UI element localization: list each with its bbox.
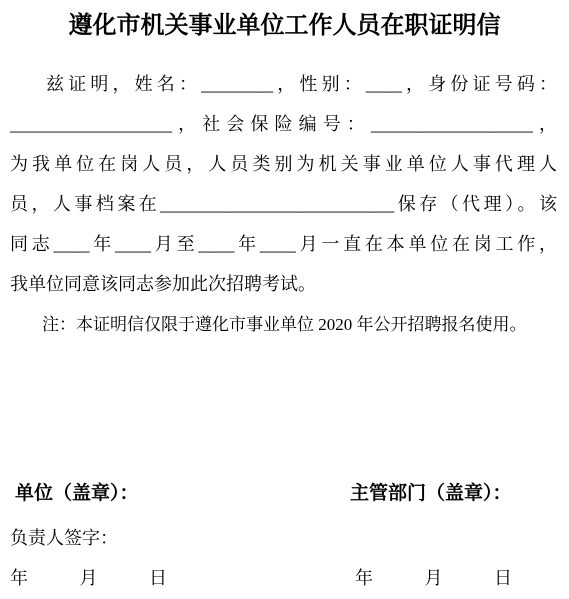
unit-seal-label: 单位（盖章）： [15, 478, 139, 505]
document-body: 兹证明，姓名：________，性别：____，身份证号码： _________… [10, 64, 557, 304]
year-label: 年 [10, 564, 75, 590]
dept-seal-label: 主管部门（盖章）： [350, 478, 512, 505]
body-line-personnel-category: 为我单位在岗人员，人员类别为机关事业单位人事代理人 [10, 144, 557, 184]
seal-row: 单位（盖章）： 主管部门（盖章）： [0, 478, 569, 506]
document-title: 遵化市机关事业单位工作人员在职证明信 [10, 8, 559, 44]
usage-note: 注：本证明信仅限于遵化市事业单位 2020 年公开招聘报名使用。 [10, 310, 557, 340]
body-line-employment-period: 同志____年____月至____年____月一直在本单位在岗工作， [10, 224, 557, 264]
body-line-archive-location: 员，人事档案在__________________________保存（代理）。… [10, 184, 557, 224]
unit-date-line: 年 月 日 [10, 564, 167, 590]
dept-date-line: 年 月 日 [355, 564, 512, 590]
day-label: 日 [494, 564, 512, 590]
certificate-document: 遵化市机关事业单位工作人员在职证明信 兹证明，姓名：________，性别：__… [0, 0, 569, 599]
body-line-exam-consent: 我单位同意该同志参加此次招聘考试。 [10, 264, 557, 304]
body-line-name-gender-id: 兹证明，姓名：________，性别：____，身份证号码： [10, 64, 557, 104]
signer-label: 负责人签字： [10, 524, 118, 550]
day-label: 日 [149, 564, 167, 590]
year-label: 年 [355, 564, 420, 590]
month-label: 月 [80, 564, 145, 590]
month-label: 月 [425, 564, 490, 590]
body-line-id-social-insurance: __________________，社会保险编号：______________… [10, 104, 557, 144]
